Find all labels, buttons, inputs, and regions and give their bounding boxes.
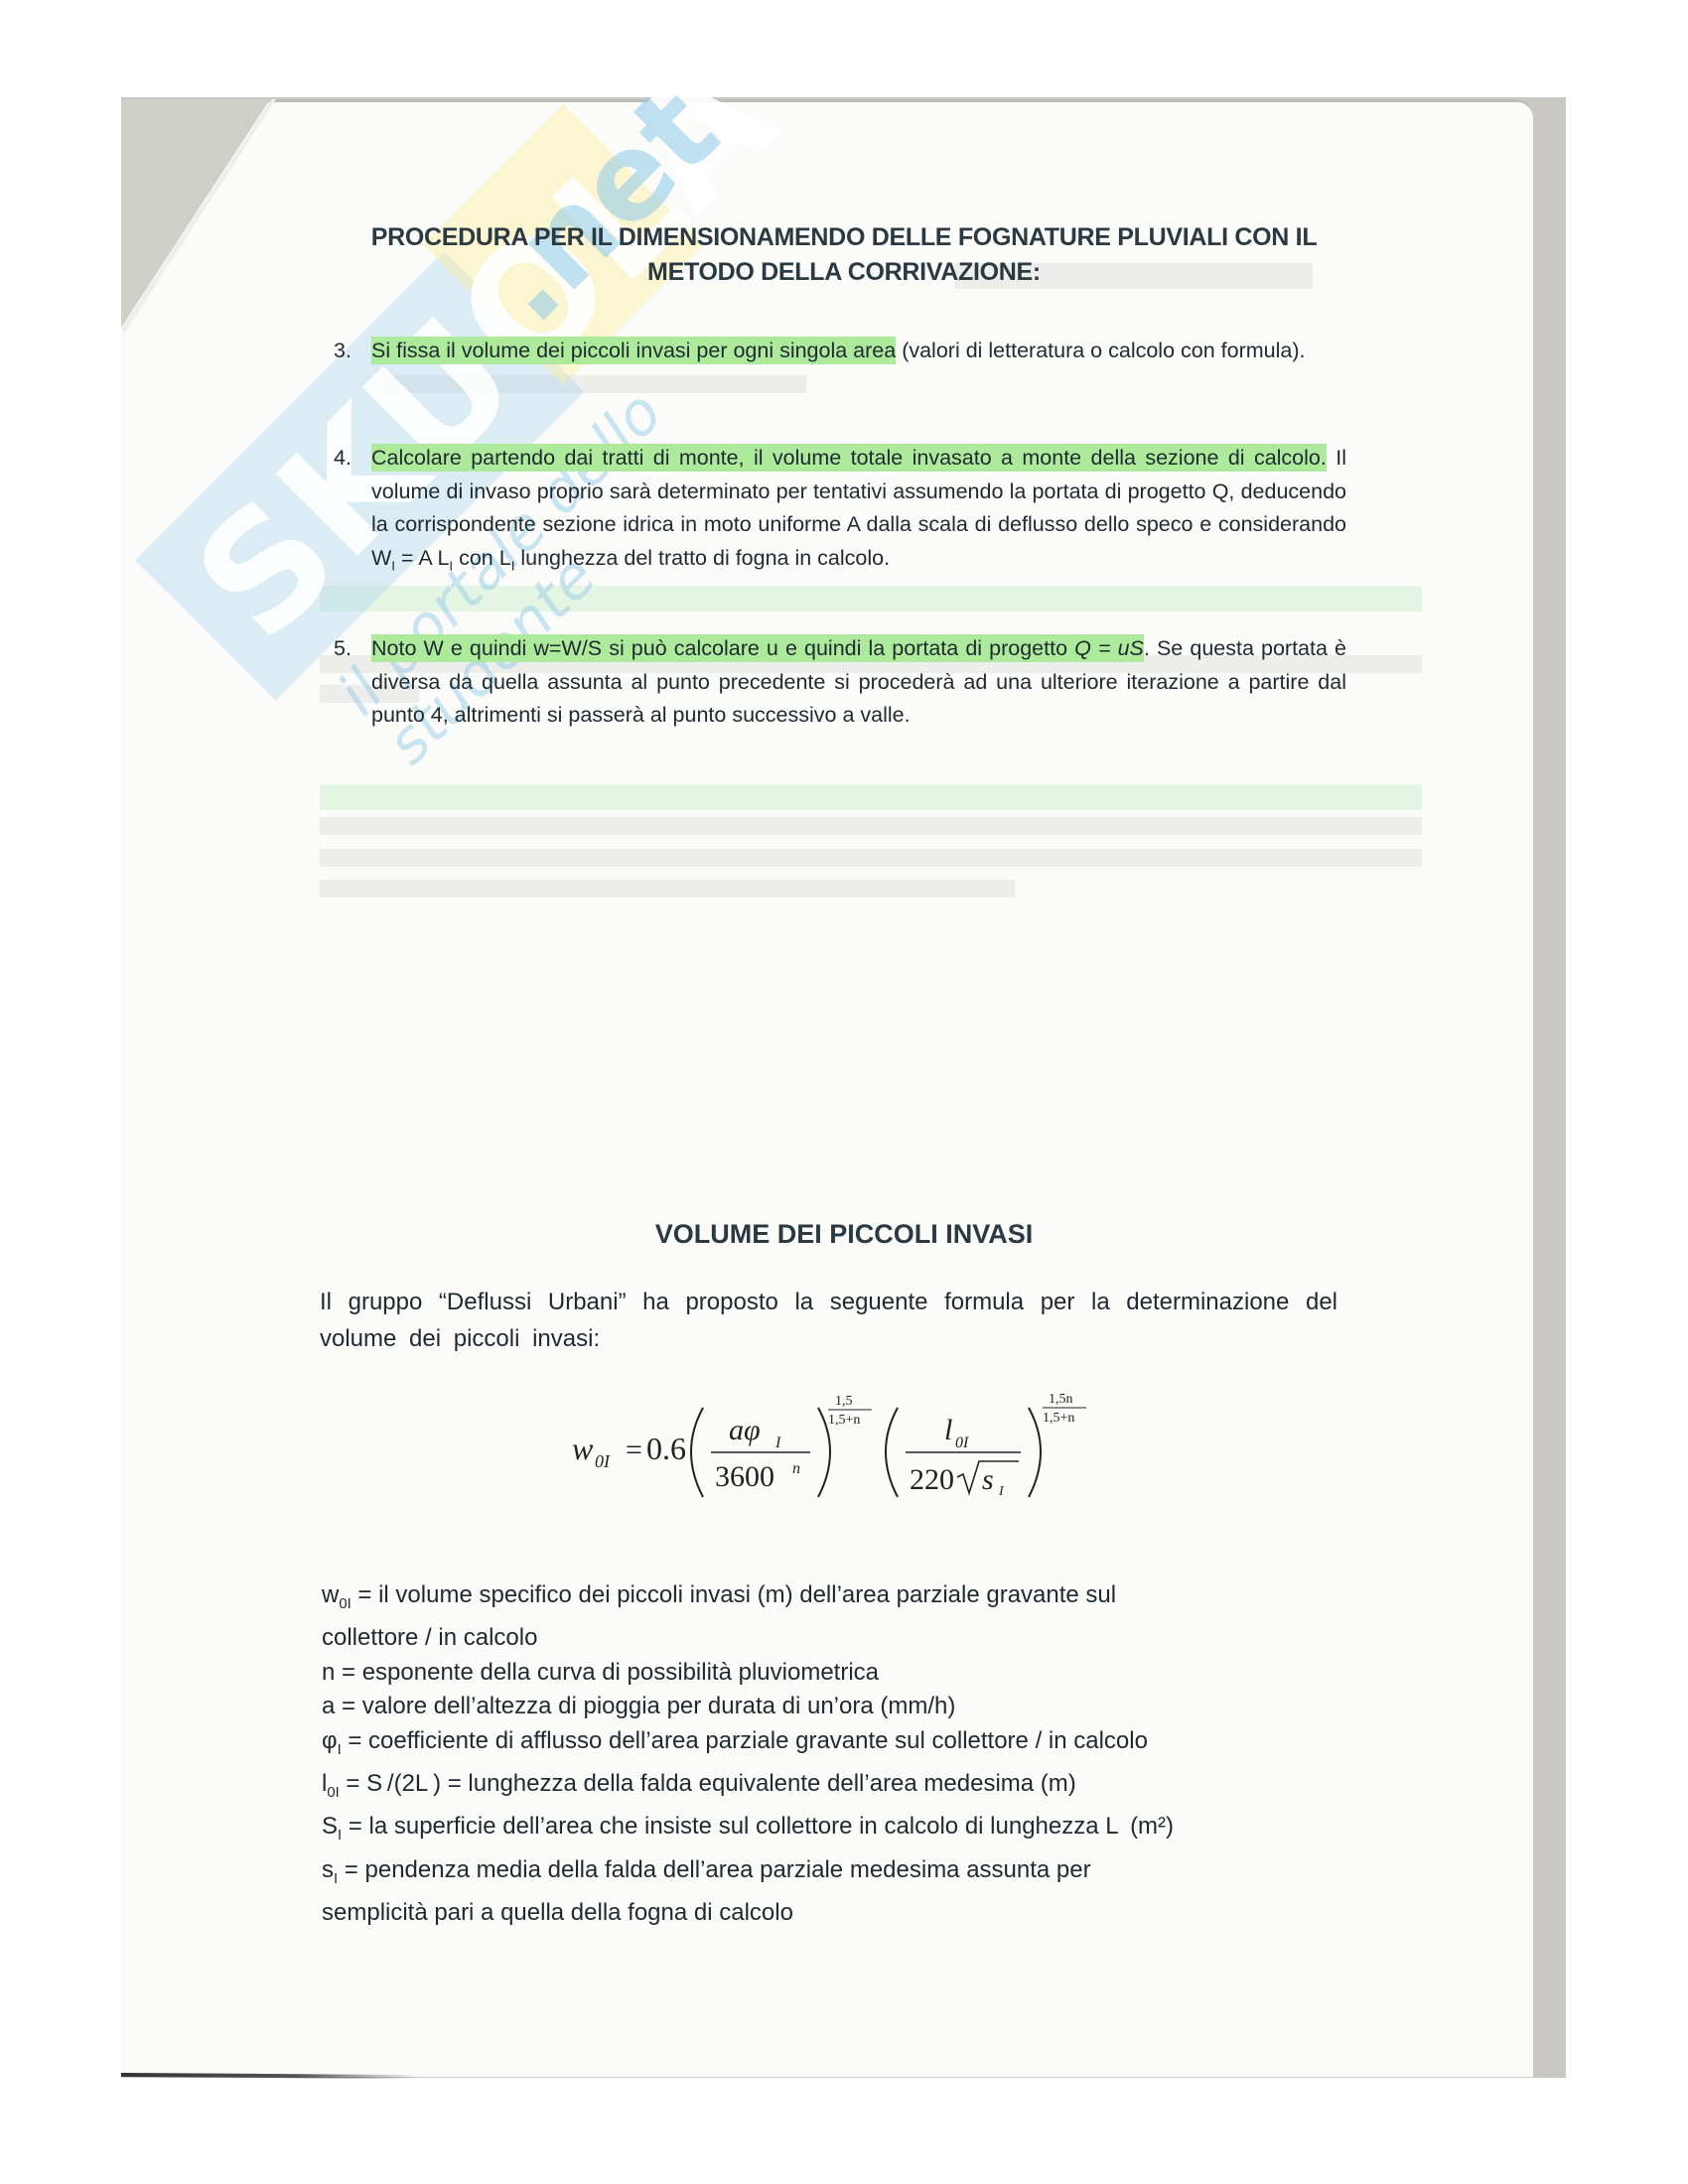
page-title: PROCEDURA PER IL DIMENSIONAMENDO DELLE F… <box>328 220 1360 290</box>
definition-text: w <box>322 1581 339 1608</box>
definition-text: φ <box>322 1727 338 1754</box>
step-text-rest: = A L <box>395 546 449 570</box>
exp2-num: 1,5n <box>1049 1392 1073 1407</box>
definition-item: a = valore dell’altezza di pioggia per d… <box>322 1690 1354 1724</box>
frac2-num: l <box>944 1414 952 1446</box>
definitions-list: w0I = il volume specifico dei piccoli in… <box>322 1578 1354 1930</box>
definition-item: semplicità pari a quella della fogna di … <box>322 1896 1354 1931</box>
formula-inline: Q = uS <box>1074 636 1144 660</box>
definition-item: l0I = S /(2L ) = lunghezza della falda e… <box>322 1767 1354 1810</box>
intro-paragraph: Il gruppo “Deflussi Urbani” ha proposto … <box>320 1284 1337 1357</box>
step-text: Si fissa il volume dei piccoli invasi pe… <box>371 335 1346 368</box>
definition-item: w0I = il volume specifico dei piccoli in… <box>322 1578 1354 1621</box>
frac2-num-sub: 0I <box>955 1434 969 1451</box>
definition-text: = coefficiente di afflusso dell’area par… <box>342 1727 1148 1754</box>
subscript: 0I <box>339 1596 351 1612</box>
step-number: 5. <box>334 632 352 666</box>
definition-text: = pendenza media della falda dell’area p… <box>338 1856 1090 1883</box>
step-number: 4. <box>334 442 352 476</box>
step-number: 3. <box>334 335 352 368</box>
step-4: 4. Calcolare partendo dai tratti di mont… <box>334 442 1346 582</box>
highlighted-text: Si fissa il volume dei piccoli invasi pe… <box>371 337 896 364</box>
step-text-rest: lunghezza del tratto di fogna in calcolo… <box>514 546 890 570</box>
formula: w 0I = 0.6 aφ I 3600 n 1,5 1,5+n l 0I 22… <box>562 1390 1118 1509</box>
section-title: VOLUME DEI PICCOLI INVASI <box>328 1219 1360 1250</box>
document-content: PROCEDURA PER IL DIMENSIONAMENDO DELLE F… <box>0 0 1688 2184</box>
formula-coef: 0.6 <box>646 1431 686 1466</box>
formula-equals: = <box>626 1433 642 1466</box>
definition-text: = il volume specifico dei piccoli invasi… <box>352 1581 1116 1608</box>
step-3: 3. Si fissa il volume dei piccoli invasi… <box>334 335 1346 368</box>
highlighted-text: Noto W e quindi w=W/S si può calcolare u… <box>371 634 1144 662</box>
definition-item: φI = coefficiente di afflusso dell’area … <box>322 1724 1354 1767</box>
frac1-den-sup: n <box>792 1460 800 1477</box>
definition-item: collettore / in calcolo <box>322 1621 1354 1656</box>
frac1-num: aφ <box>729 1414 761 1446</box>
definition-text: n <box>322 1659 335 1686</box>
definition-text: a <box>322 1693 335 1719</box>
step-5: 5. Noto W e quindi w=W/S si può calcolar… <box>334 632 1346 733</box>
definition-text: collettore / in calcolo <box>322 1624 537 1651</box>
subscript: 0I <box>327 1785 339 1801</box>
definition-text: = valore dell’altezza di pioggia per dur… <box>335 1693 955 1719</box>
step-text-rest: con L <box>453 546 511 570</box>
definition-text: = S /(2L ) = lunghezza della falda equiv… <box>340 1770 1076 1797</box>
frac1-den: 3600 <box>715 1460 774 1493</box>
step-text: Calcolare partendo dai tratti di monte, … <box>371 442 1346 582</box>
formula-lhs-sub: 0I <box>595 1451 611 1471</box>
highlighted-text-part: Noto W e quindi w=W/S si può calcolare u… <box>371 636 1074 660</box>
step-text-rest: (valori di letteratura o calcolo con for… <box>896 339 1305 362</box>
frac1-num-sub: I <box>774 1434 781 1451</box>
frac2-den-sqrt: s <box>982 1463 994 1496</box>
definition-item: sI = pendenza media della falda dell’are… <box>322 1853 1354 1896</box>
exp2-den: 1,5+n <box>1043 1411 1074 1426</box>
frac2-den: 220 <box>910 1463 954 1496</box>
definition-text: S <box>322 1813 338 1840</box>
definition-item: SI = la superficie dell’area che insiste… <box>322 1810 1354 1852</box>
definition-text: = la superficie dell’area che insiste su… <box>342 1813 1174 1840</box>
definition-text: = esponente della curva di possibilità p… <box>335 1659 879 1686</box>
definition-text: semplicità pari a quella della fogna di … <box>322 1899 793 1926</box>
formula-lhs: w <box>572 1431 594 1466</box>
definition-item: n = esponente della curva di possibilità… <box>322 1656 1354 1691</box>
exp1-num: 1,5 <box>835 1394 853 1409</box>
definition-text: s <box>322 1856 334 1883</box>
step-text: Noto W e quindi w=W/S si può calcolare u… <box>371 632 1346 733</box>
frac2-den-sqrt-sub: I <box>998 1484 1005 1499</box>
exp1-den: 1,5+n <box>828 1413 860 1428</box>
highlighted-text: Calcolare partendo dai tratti di monte, … <box>371 444 1327 472</box>
